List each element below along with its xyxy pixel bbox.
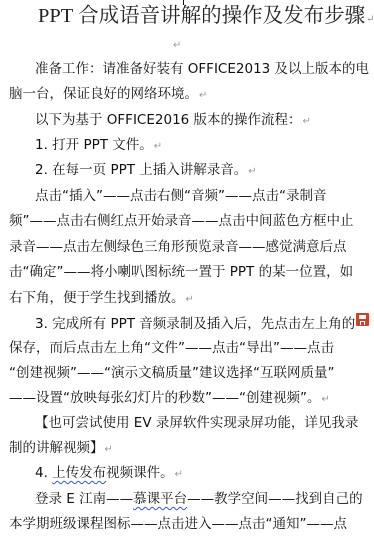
text-line: 4. 上传发布视频课件。↵ — [35, 463, 183, 485]
document-title: PPT 合成语音讲解的操作及发布步骤↵ — [38, 6, 374, 30]
spellcheck-flagged-text[interactable]: 上传发布 — [52, 465, 106, 481]
line-text: 点击“插入”——点击右侧“音频”——点击“录制音 — [35, 188, 326, 204]
line-text: 制的讲解视频】 — [9, 440, 104, 456]
paragraph-mark-icon: ↵ — [175, 469, 183, 480]
text-line: 准备工作：请准备好装有 OFFICE2013 及以上版本的电 — [35, 59, 369, 79]
text-line: 保存，而后点击左上角“文件”——点击“导出”——点击 — [9, 338, 334, 358]
line-text: 脑一台，保证良好的网络环境。 — [9, 86, 198, 102]
line-text: “创建视频”——“演示文稿质量”建议选择“互联网质量” — [9, 365, 334, 381]
line-text: 1. 打开 PPT 文件。 — [35, 137, 153, 153]
floppy-disk-icon — [356, 313, 369, 326]
paragraph-mark-icon: ↵ — [321, 394, 329, 405]
text-line: 脑一台，保证良好的网络环境。↵ — [9, 84, 207, 106]
text-line: 点击“插入”——点击右侧“音频”——点击“录制音 — [35, 186, 326, 206]
paragraph-mark-icon: ↵ — [173, 40, 181, 51]
line-text: 【也可尝试使用 EV 录屏软件实现录屏功能，详见我录 — [35, 415, 358, 431]
text-line: 右下角，便于学生找到播放。↵ — [9, 288, 194, 310]
text-line: 2. 在每一页 PPT 上插入讲解录音。↵ — [35, 160, 257, 182]
line-text: 准备工作：请准备好装有 OFFICE2013 及以上版本的电 — [35, 61, 369, 77]
paragraph-mark-icon: ↵ — [105, 444, 113, 455]
line-text: 4. — [35, 465, 52, 481]
text-line: ——设置“放映每张幻灯片的秒数”——“创建视频”。↵ — [9, 388, 330, 410]
line-text: 保存，而后点击左上角“文件”——点击“导出”——点击 — [9, 340, 334, 356]
line-text: 本学期班级课程图标——点击进入——点击“通知”——点 — [9, 516, 347, 532]
text-line: 录音——点击左侧绿色三角形预览录音——感觉满意后点 — [9, 237, 347, 257]
spellcheck-flagged-text[interactable]: 慕课平台 — [133, 491, 187, 507]
paragraph-mark-icon: ↵ — [154, 141, 162, 152]
line-text: 登录 E 江南—— — [35, 491, 133, 507]
text-line: 频”——点击右侧红点开始录音——点击中间蓝色方框中止 — [9, 211, 354, 231]
line-text: 以下为基于 OFFICE2016 版本的操作流程： — [35, 112, 302, 128]
text-line: 以下为基于 OFFICE2016 版本的操作流程：↵ — [35, 110, 311, 132]
paragraph-mark-icon: ↵ — [248, 166, 256, 177]
paragraph-mark-icon: ↵ — [366, 14, 374, 25]
line-text: 3. 完成所有 PPT 音频录制及插入后，先点击左上角的 — [35, 316, 355, 332]
paragraph-mark-icon: ↵ — [199, 90, 207, 101]
text-line: 3. 完成所有 PPT 音频录制及插入后，先点击左上角的 — [35, 313, 369, 334]
line-text: 右下角，便于学生找到播放。 — [9, 290, 185, 306]
line-text: 录音——点击左侧绿色三角形预览录音——感觉满意后点 — [9, 239, 347, 255]
title-text: PPT 合成语音讲解的操作及发布步骤 — [38, 5, 365, 27]
line-text: 击“确定”——将小喇叭图标统一置于 PPT 的某一位置，如 — [9, 264, 353, 280]
line-text: 频”——点击右侧红点开始录音——点击中间蓝色方框中止 — [9, 213, 354, 229]
text-line: 登录 E 江南——慕课平台——教学空间——找到自己的 — [35, 489, 363, 509]
text-line: 1. 打开 PPT 文件。↵ — [35, 135, 162, 157]
paragraph-mark-icon: ↵ — [303, 116, 311, 127]
text-line: 本学期班级课程图标——点击进入——点击“通知”——点 — [9, 514, 347, 534]
text-line: 击“确定”——将小喇叭图标统一置于 PPT 的某一位置，如 — [9, 262, 353, 282]
text-line: 制的讲解视频】↵ — [9, 438, 113, 460]
text-line: “创建视频”——“演示文稿质量”建议选择“互联网质量” — [9, 363, 334, 383]
line-text: 2. 在每一页 PPT 上插入讲解录音。 — [35, 162, 247, 178]
line-text: ——教学空间——找到自己的 — [187, 491, 363, 507]
line-text: ——设置“放映每张幻灯片的秒数”——“创建视频”。 — [9, 390, 320, 406]
line-text: 视频课件。 — [106, 465, 174, 481]
paragraph-mark-icon: ↵ — [186, 294, 194, 305]
text-line: 【也可尝试使用 EV 录屏软件实现录屏功能，详见我录 — [35, 413, 358, 433]
empty-paragraph: ↵ — [172, 34, 181, 56]
